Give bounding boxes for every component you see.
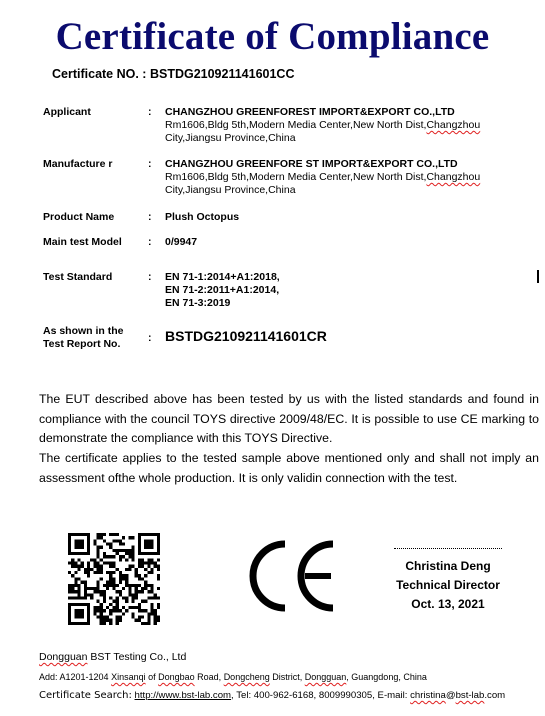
colon: : [148, 158, 152, 170]
manufacturer-name: CHANGZHOU GREENFORE ST IMPORT&EXPORT CO.… [165, 158, 525, 171]
signature-date: Oct. 13, 2021 [393, 595, 503, 614]
colon: : [148, 332, 152, 344]
test-report-row: As shown in the Test Report No. : BSTDG2… [43, 325, 523, 353]
signature-line [394, 548, 502, 549]
colon: : [148, 271, 152, 283]
ce-mark-icon [245, 540, 340, 612]
manufacturer-row: Manufacture r : CHANGZHOU GREENFORE ST I… [43, 158, 523, 198]
manufacturer-address-line-1: Rm1606,Bldg 5th,Modern Media Center,New … [165, 171, 525, 184]
manufacturer-label: Manufacture r [43, 158, 143, 171]
spellcheck-word: Changzhou [426, 171, 480, 183]
main-test-model-row: Main test Model : 0/9947 [43, 236, 523, 250]
product-name-value: Plush Octopus [165, 211, 525, 224]
statement-paragraph-2: The certificate applies to the tested sa… [39, 449, 539, 488]
colon: : [148, 236, 152, 248]
signature-block: Christina Deng Technical Director Oct. 1… [393, 548, 503, 614]
product-name-label: Product Name [43, 211, 143, 224]
qr-code-icon [68, 533, 160, 625]
applicant-address-line-2: City,Jiangsu Province,China [165, 132, 525, 145]
test-report-label: As shown in the Test Report No. [43, 325, 143, 351]
test-standard-label: Test Standard [43, 271, 143, 284]
spellcheck-word: Changzhou [426, 119, 480, 131]
test-standard-item: EN 71-3:2019 [165, 297, 525, 310]
certificate-title: Certificate of Compliance [0, 14, 545, 59]
applicant-value: CHANGZHOU GREENFOREST IMPORT&EXPORT CO.,… [165, 106, 525, 145]
lab-address: Add: A1201-1204 Xinsanqi of Dongbao Road… [39, 672, 427, 682]
certificate-number-label: Certificate NO. : [52, 67, 146, 81]
product-name-row: Product Name : Plush Octopus [43, 211, 523, 225]
manufacturer-value: CHANGZHOU GREENFORE ST IMPORT&EXPORT CO.… [165, 158, 525, 197]
test-standard-row: Test Standard : EN 71-1:2014+A1:2018, EN… [43, 271, 523, 311]
compliance-statement: The EUT described above has been tested … [39, 390, 539, 489]
statement-paragraph-1: The EUT described above has been tested … [39, 390, 539, 449]
colon: : [148, 211, 152, 223]
test-standard-item: EN 71-1:2014+A1:2018, [165, 271, 525, 284]
applicant-label: Applicant [43, 106, 143, 119]
main-test-model-value: 0/9947 [165, 236, 525, 249]
email-user: christina [410, 690, 446, 701]
email-domain: bst-lab [456, 690, 485, 701]
signatory-name: Christina Deng [393, 557, 503, 576]
test-standard-values: EN 71-1:2014+A1:2018, EN 71-2:2011+A1:20… [165, 271, 525, 310]
applicant-row: Applicant : CHANGZHOU GREENFOREST IMPORT… [43, 106, 523, 146]
certificate-search-label: Certificate Search: [39, 690, 132, 701]
lab-company-name: Dongguan BST Testing Co., Ltd [39, 651, 186, 663]
test-standard-item: EN 71-2:2011+A1:2014, [165, 284, 525, 297]
certificate-search-link[interactable]: http://www.bst-lab.com [135, 690, 232, 701]
main-test-model-label: Main test Model [43, 236, 143, 249]
applicant-address-line-1: Rm1606,Bldg 5th,Modern Media Center,New … [165, 119, 525, 132]
text-cursor [537, 270, 539, 283]
applicant-name: CHANGZHOU GREENFOREST IMPORT&EXPORT CO.,… [165, 106, 525, 119]
signatory-title: Technical Director [393, 576, 503, 595]
lab-contact: Certificate Search: http://www.bst-lab.c… [39, 690, 505, 701]
certificate-number: Certificate NO. : BSTDG210921141601CC [52, 67, 295, 81]
test-report-number: BSTDG210921141601CR [165, 330, 525, 343]
manufacturer-address-line-2: City,Jiangsu Province,China [165, 184, 525, 197]
colon: : [148, 106, 152, 118]
certificate-number-value: BSTDG210921141601CC [150, 67, 295, 81]
